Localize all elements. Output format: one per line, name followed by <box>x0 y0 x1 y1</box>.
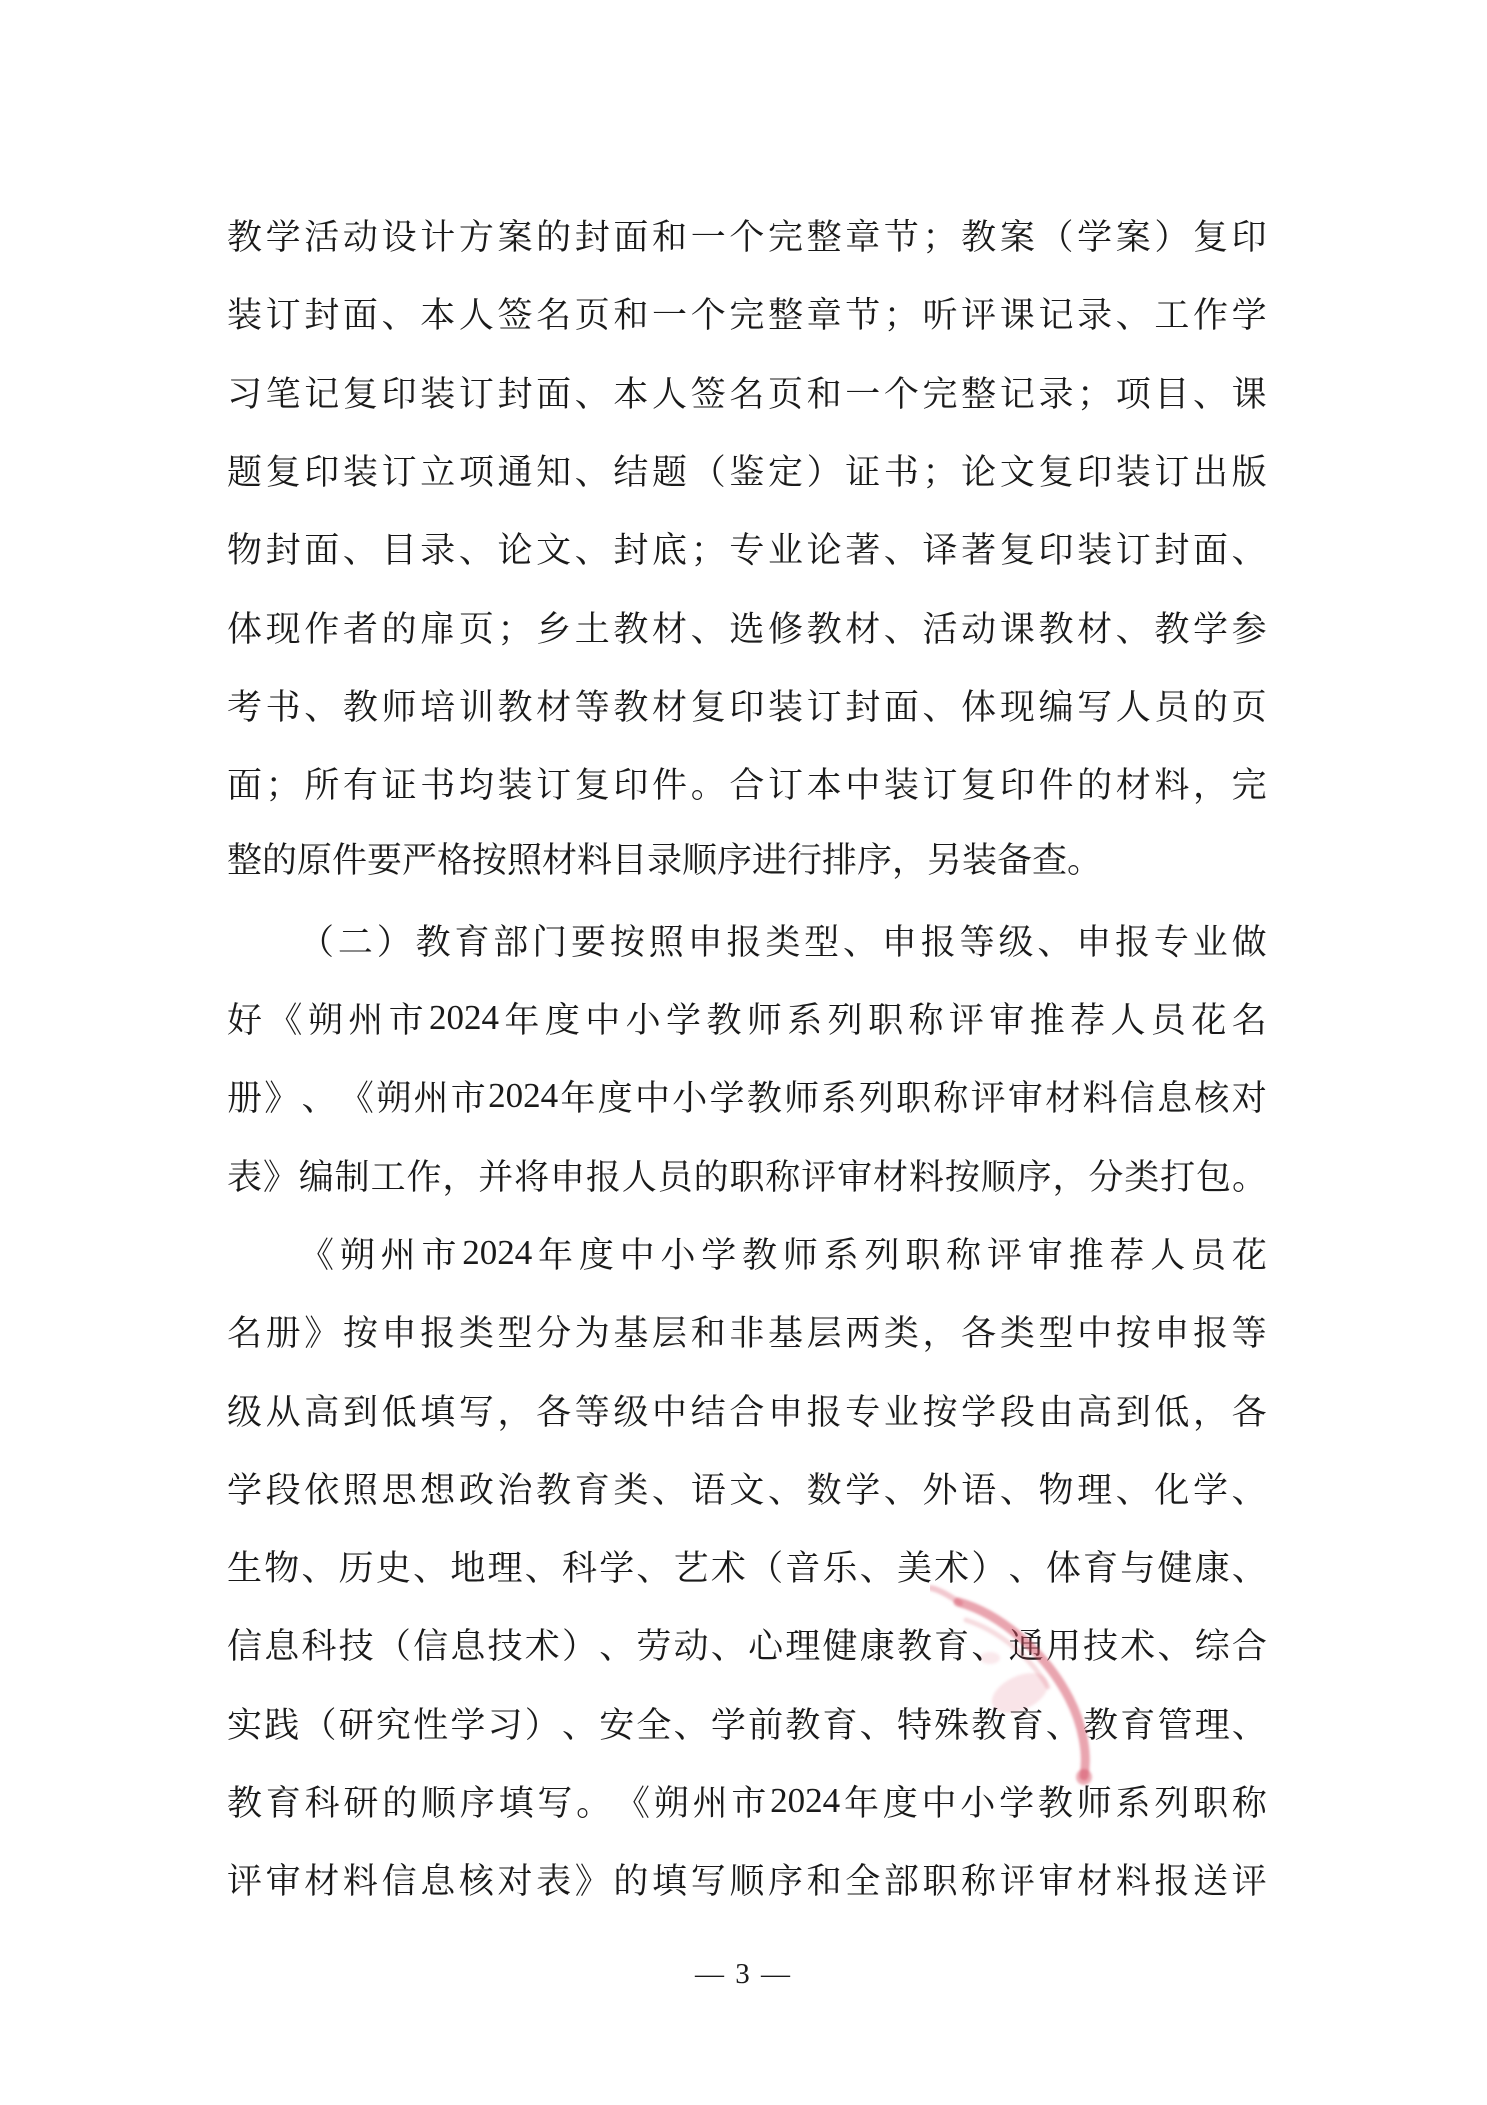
scanned-document-page: 教学活动设计方案的封面和一个完整章节；教案（学案）复印 装订封面、本人签名页和一… <box>0 0 1487 2105</box>
text-line: 评审材料信息核对表》的填写顺序和全部职称评审材料报送评 <box>227 1840 1267 1918</box>
text-line: 好《朔州市2024年度中小学教师系列职称评审推荐人员花名 <box>227 979 1267 1057</box>
document-body-text: 教学活动设计方案的封面和一个完整章节；教案（学案）复印 装订封面、本人签名页和一… <box>227 196 1267 1919</box>
text-line: 教学活动设计方案的封面和一个完整章节；教案（学案）复印 <box>227 196 1267 274</box>
text-line: 学段依照思想政治教育类、语文、数学、外语、物理、化学、 <box>227 1449 1267 1527</box>
text-line-paragraph-start: 《朔州市2024年度中小学教师系列职称评审推荐人员花 <box>227 1214 1267 1292</box>
text-line: 册》、《朔州市2024年度中小学教师系列职称评审材料信息核对 <box>227 1057 1267 1135</box>
text-line: 考书、教师培训教材等教材复印装订封面、体现编写人员的页 <box>227 666 1267 744</box>
text-line: 实践（研究性学习）、安全、学前教育、特殊教育、教育管理、 <box>227 1684 1267 1762</box>
text-line: 体现作者的扉页；乡土教材、选修教材、活动课教材、教学参 <box>227 587 1267 665</box>
text-line: 面；所有证书均装订复印件。合订本中装订复印件的材料，完 <box>227 744 1267 822</box>
text-line: 习笔记复印装订封面、本人签名页和一个完整记录；项目、课 <box>227 353 1267 431</box>
text-line: 装订封面、本人签名页和一个完整章节；听评课记录、工作学 <box>227 274 1267 352</box>
page-number: — 3 — <box>0 1958 1487 1991</box>
text-line-paragraph-end: 表》编制工作，并将申报人员的职称评审材料按顺序，分类打包。 <box>227 1136 1267 1214</box>
text-line: 题复印装订立项通知、结题（鉴定）证书；论文复印装订出版 <box>227 431 1267 509</box>
text-line: 生物、历史、地理、科学、艺术（音乐、美术）、体育与健康、 <box>227 1527 1267 1605</box>
text-line: 物封面、目录、论文、封底；专业论著、译著复印装订封面、 <box>227 509 1267 587</box>
text-line: 信息科技（信息技术）、劳动、心理健康教育、通用技术、综合 <box>227 1605 1267 1683</box>
text-line-paragraph-start: （二）教育部门要按照申报类型、申报等级、申报专业做 <box>227 901 1267 979</box>
text-line: 名册》按申报类型分为基层和非基层两类，各类型中按申报等 <box>227 1292 1267 1370</box>
text-line-paragraph-end: 整的原件要严格按照材料目录顺序进行排序，另装备查。 <box>227 822 1267 900</box>
text-line: 级从高到低填写，各等级中结合申报专业按学段由高到低，各 <box>227 1370 1267 1448</box>
text-line: 教育科研的顺序填写。《朔州市2024年度中小学教师系列职称 <box>227 1762 1267 1840</box>
